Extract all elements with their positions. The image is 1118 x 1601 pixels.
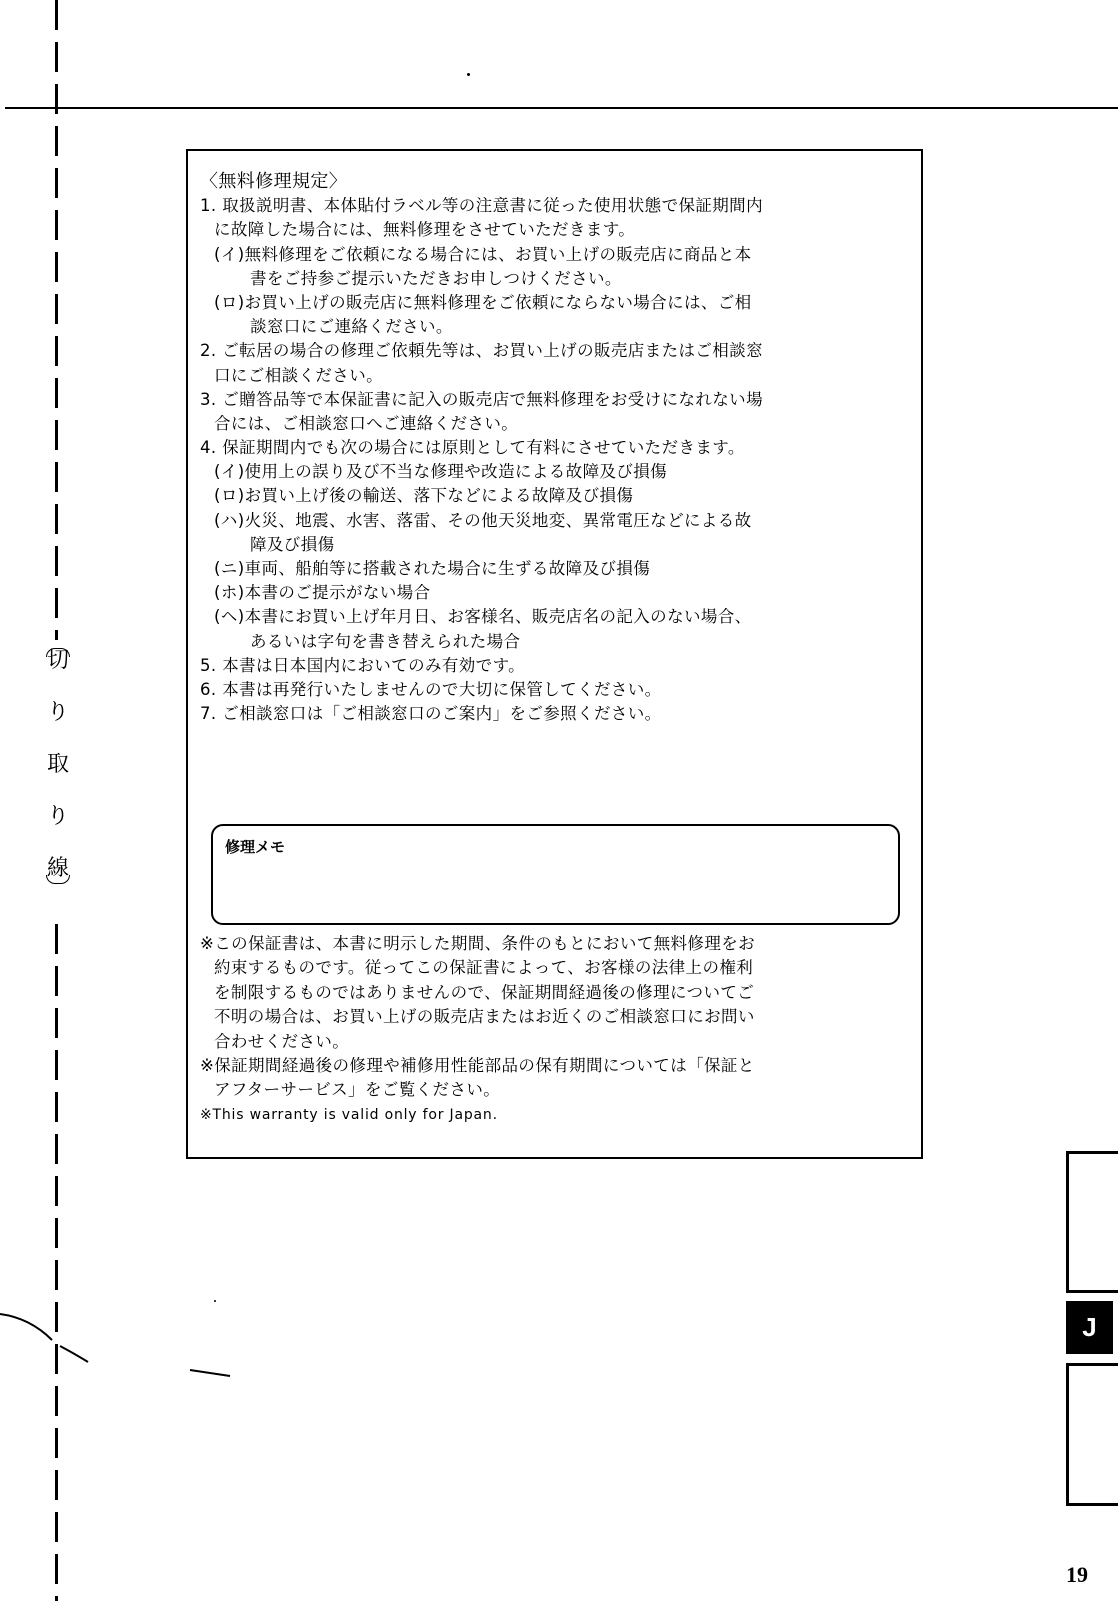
repair-memo-label: 修理メモ	[225, 836, 285, 857]
term-line: 7. ご相談窓口は「ご相談窓口のご案内」をご参照ください。	[200, 702, 910, 726]
cut-label-char: 取	[47, 739, 69, 791]
note-line: 約束するものです。従ってこの保証書によって、お客様の法律上の権利	[200, 956, 910, 980]
term-line: (ロ)お買い上げの販売店に無料修理をご依頼にならない場合には、ご相	[200, 291, 910, 315]
term-line: 1. 取扱説明書、本体貼付ラベル等の注意書に従った使用状態で保証期間内	[200, 194, 910, 218]
cut-label-char: 線	[47, 843, 69, 895]
term-line: あるいは字句を書き替えられた場合	[200, 630, 910, 654]
warranty-notes: ※この保証書は、本書に明示した期間、条件のもとにおいて無料修理をお 約束するもの…	[200, 932, 910, 1127]
index-tab-upper	[1066, 1151, 1118, 1293]
note-line: 不明の場合は、お買い上げの販売店またはお近くのご相談窓口にお問い	[200, 1005, 910, 1029]
term-line: (イ)無料修理をご依頼になる場合には、お買い上げの販売店に商品と本	[200, 243, 910, 267]
term-line: (ロ)お買い上げ後の輸送、落下などによる故障及び損傷	[200, 484, 910, 508]
note-line: ※保証期間経過後の修理や補修用性能部品の保有期間については「保証と	[200, 1054, 910, 1078]
term-line: 合には、ご相談窓口へご連絡ください。	[200, 412, 910, 436]
page-number: 19	[1066, 1562, 1088, 1588]
cut-label-char: り	[47, 791, 69, 843]
term-line: 5. 本書は日本国内においてのみ有効です。	[200, 654, 910, 678]
term-line: 3. ご贈答品等で本保証書に記入の販売店で無料修理をお受けになれない場	[200, 388, 910, 412]
section-title: 〈無料修理規定〉	[200, 170, 910, 194]
scan-speck	[214, 1300, 216, 1302]
scan-artifact-curve	[0, 1310, 260, 1400]
index-tab-lower	[1066, 1363, 1118, 1506]
term-line: 談窓口にご連絡ください。	[200, 315, 910, 339]
note-line: を制限するものではありませんので、保証期間経過後の修理についてご	[200, 981, 910, 1005]
scan-speck	[467, 73, 470, 76]
note-line: アフターサービス」をご覧ください。	[200, 1078, 910, 1102]
top-horizontal-rule	[5, 107, 1118, 109]
term-line: 2. ご転居の場合の修理ご依頼先等は、お買い上げの販売店またはご相談窓	[200, 339, 910, 363]
term-line: 口にご相談ください。	[200, 364, 910, 388]
cut-label-char: 切	[47, 635, 69, 687]
repair-memo-field[interactable]: 修理メモ	[211, 824, 900, 925]
cut-line-label: 切 り 取 り 線	[43, 648, 73, 884]
term-line: (ヘ)本書にお買い上げ年月日、お客様名、販売店名の記入のない場合、	[200, 605, 910, 629]
term-line: 4. 保証期間内でも次の場合には原則として有料にさせていただきます。	[200, 436, 910, 460]
term-line: に故障した場合には、無料修理をさせていただきます。	[200, 218, 910, 242]
term-line: 障及び損傷	[200, 533, 910, 557]
term-line: 6. 本書は再発行いたしませんので大切に保管してください。	[200, 678, 910, 702]
note-line: 合わせください。	[200, 1030, 910, 1054]
free-repair-terms: 〈無料修理規定〉 1. 取扱説明書、本体貼付ラベル等の注意書に従った使用状態で保…	[200, 170, 910, 726]
cut-label-char: り	[47, 687, 69, 739]
term-line: (ニ)車両、船舶等に搭載された場合に生ずる故障及び損傷	[200, 557, 910, 581]
term-line: (ハ)火災、地震、水害、落雷、その他天災地変、異常電圧などによる故	[200, 509, 910, 533]
term-line: (ホ)本書のご提示がない場合	[200, 581, 910, 605]
note-line-english: ※This warranty is valid only for Japan.	[200, 1103, 910, 1127]
index-tab-japanese: J	[1066, 1301, 1113, 1354]
note-line: ※この保証書は、本書に明示した期間、条件のもとにおいて無料修理をお	[200, 932, 910, 956]
term-line: 書をご持参ご提示いただきお申しつけください。	[200, 267, 910, 291]
term-line: (イ)使用上の誤り及び不当な修理や改造による故障及び損傷	[200, 460, 910, 484]
